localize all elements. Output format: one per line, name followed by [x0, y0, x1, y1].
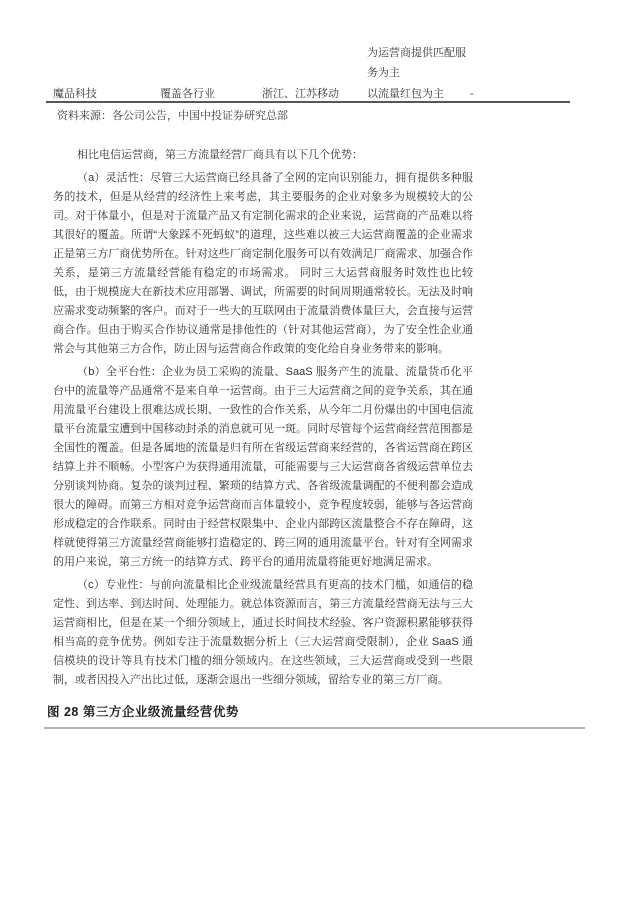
table-cell-company: 魔品科技: [53, 87, 97, 101]
table-bottom-rule: [46, 101, 570, 103]
table-cell-operators: 浙江、江苏移动: [262, 87, 339, 101]
table-cell-product-mode: 以流量红包为主: [367, 87, 444, 101]
paragraph-c-professionalism: （c）专业性：与前向流量相比企业级流量经营具有更高的技术门槛，如通信的稳定性、到…: [53, 576, 473, 690]
table-carryover-cell-line-2: 务为主: [367, 66, 400, 80]
table-cell-note: -: [470, 87, 474, 101]
table-carryover-cell-line-1: 为运营商提供匹配服: [367, 46, 466, 60]
table-cell-coverage: 覆盖各行业: [160, 87, 215, 101]
report-page: 为运营商提供匹配服 务为主 魔品科技 覆盖各行业 浙江、江苏移动 以流量红包为主…: [0, 0, 640, 904]
figure-caption: 图 28 第三方企业级流量经营优势: [44, 702, 585, 729]
report-body: 相比电信运营商，第三方流量经营厂商具有以下几个优势： （a）灵活性：尽管三大运营…: [53, 146, 473, 690]
paragraph-a-flexibility: （a）灵活性：尽管三大运营商已经具备了全网的定向识别能力，拥有提供多种服务的技术…: [53, 169, 473, 359]
paragraph-intro: 相比电信运营商，第三方流量经营厂商具有以下几个优势：: [53, 146, 473, 165]
paragraph-b-full-platform: （b）全平台性：企业为员工采购的流量、SaaS 服务产生的流量、流量货币化平台中…: [53, 363, 473, 572]
report-content: 相比电信运营商，第三方流量经营厂商具有以下几个优势： （a）灵活性：尽管三大运营…: [44, 146, 585, 729]
source-note: 资料来源：各公司公告，中国中投证券研究总部: [57, 107, 288, 123]
